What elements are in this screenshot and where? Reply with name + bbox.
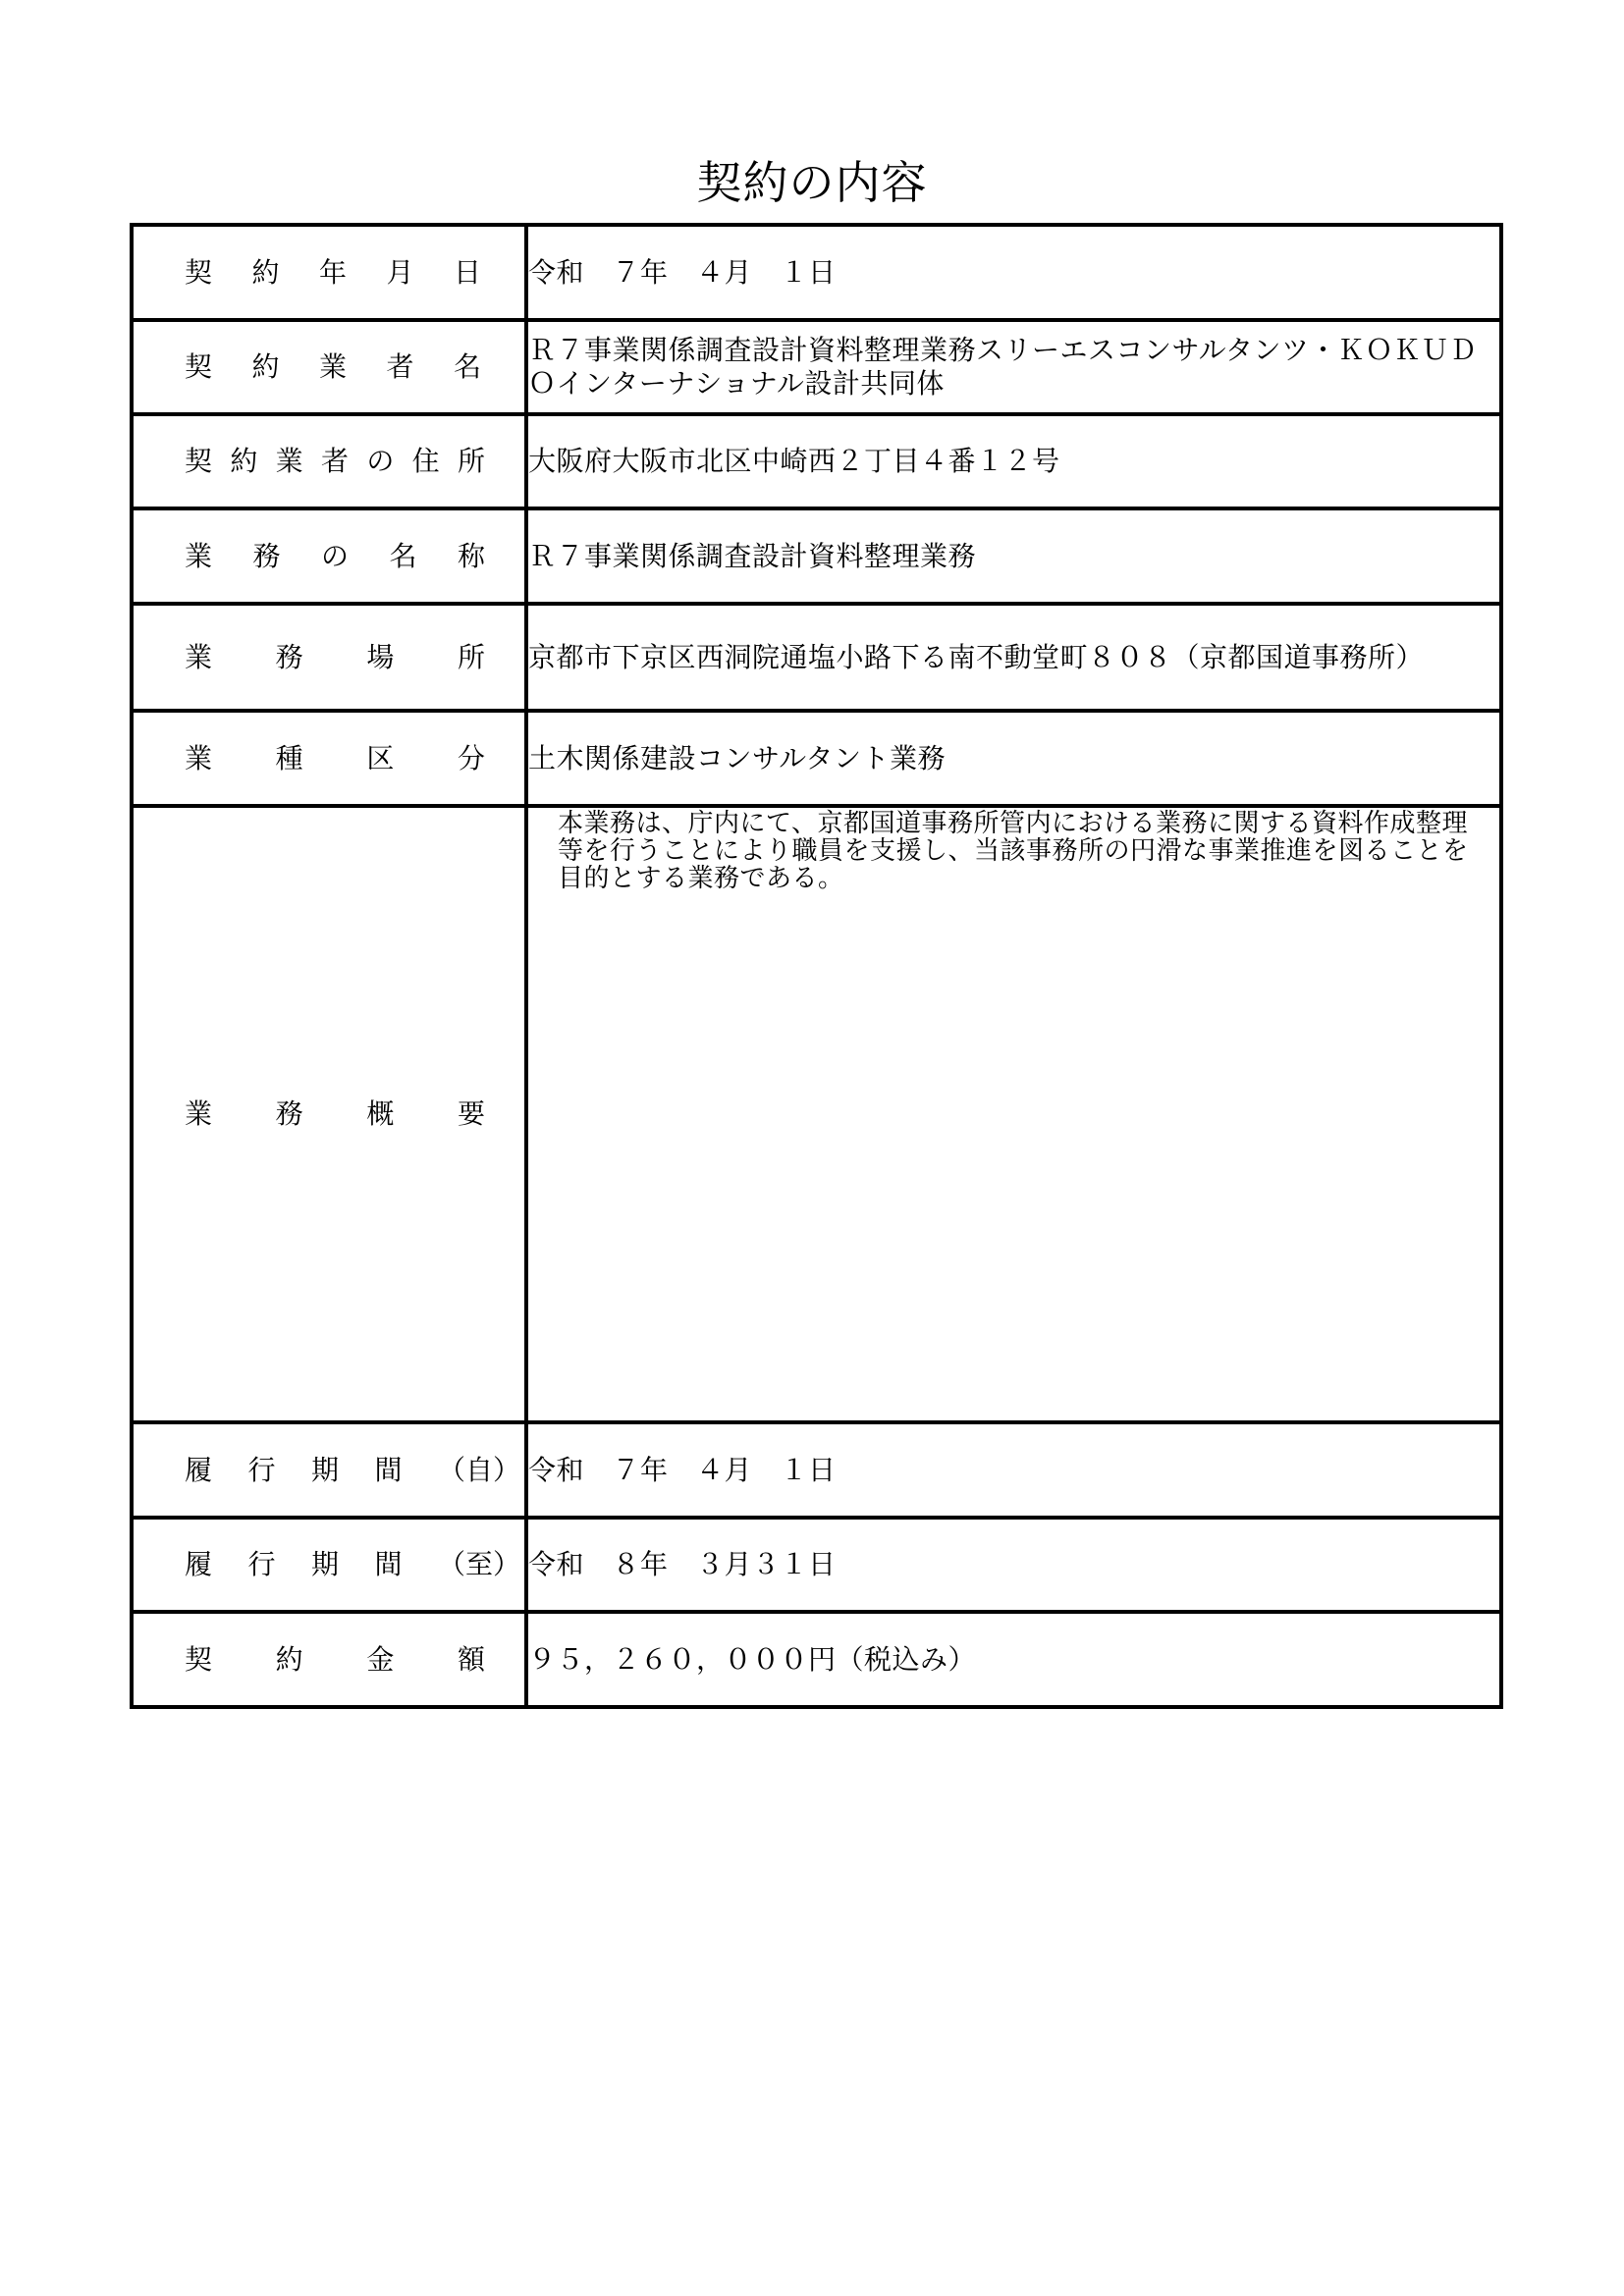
label-cell: 契 約 年 月 日 — [132, 225, 526, 320]
contractor-address-value: 大阪府大阪市北区中崎西２丁目４番１２号 — [526, 414, 1501, 508]
label-char: 年 — [319, 255, 347, 291]
table-row-contract-date: 契 約 年 月 日 令和 ７年 ４月 １日 — [132, 225, 1501, 320]
row-label: 履 行 期 間 （至） — [134, 1547, 524, 1582]
label-char: 業 — [185, 1096, 212, 1132]
label-char: 期 — [311, 1547, 339, 1582]
label-char: 額 — [458, 1642, 485, 1678]
contract-amount-value: ９５，２６０，０００円（税込み） — [526, 1612, 1501, 1707]
label-char: 称 — [458, 539, 485, 574]
label-char: 名 — [454, 349, 481, 385]
label-char: 区 — [366, 741, 394, 776]
label-char: 約 — [251, 255, 279, 291]
label-char: 業 — [319, 349, 347, 385]
label-char: 月 — [386, 255, 413, 291]
label-char: 履 — [185, 1547, 212, 1582]
label-char: 約 — [230, 444, 257, 479]
period-to-value: 令和 ８年 ３月３１日 — [526, 1518, 1501, 1612]
label-cell: 契 約 業 者 の 住 所 — [132, 414, 526, 508]
period-from-value: 令和 ７年 ４月 １日 — [526, 1422, 1501, 1518]
label-char: の — [321, 539, 349, 574]
contract-date-value: 令和 ７年 ４月 １日 — [526, 225, 1501, 320]
label-char: 業 — [185, 741, 212, 776]
work-summary-cell: 本業務は、庁内にて、京都国道事務所管内における業務に関する資料作成整理等を行うこ… — [526, 806, 1501, 1422]
label-char: 要 — [458, 1096, 485, 1132]
label-char: 履 — [185, 1453, 212, 1488]
row-label: 契 約 年 月 日 — [134, 255, 524, 291]
row-label: 業 務 場 所 — [134, 640, 524, 675]
label-cell: 業 務 場 所 — [132, 604, 526, 711]
label-char: 業 — [276, 444, 303, 479]
table-row-contract-amount: 契 約 金 額 ９５，２６０，０００円（税込み） — [132, 1612, 1501, 1707]
label-cell: 履 行 期 間 （至） — [132, 1518, 526, 1612]
row-label: 業 務 概 要 — [134, 1096, 524, 1132]
label-char: 所 — [458, 444, 485, 479]
label-char: 行 — [247, 1453, 275, 1488]
label-char: 行 — [247, 1547, 275, 1582]
label-char: 業 — [185, 539, 212, 574]
work-summary-value: 本業務は、庁内にて、京都国道事務所管内における業務に関する資料作成整理等を行うこ… — [528, 808, 1499, 892]
label-char: 概 — [366, 1096, 394, 1132]
label-char: （至） — [438, 1547, 520, 1582]
label-char: 約 — [251, 349, 279, 385]
label-char: 約 — [276, 1642, 303, 1678]
table-row-work-name: 業 務 の 名 称 Ｒ７事業関係調査設計資料整理業務 — [132, 508, 1501, 604]
label-char: 間 — [374, 1453, 402, 1488]
label-char: 住 — [412, 444, 440, 479]
label-char: の — [366, 444, 394, 479]
row-label: 契 約 金 額 — [134, 1642, 524, 1678]
contract-details-table: 契 約 年 月 日 令和 ７年 ４月 １日 契 約 業 者 名 Ｒ７事業関係調 — [130, 223, 1503, 1709]
label-char: 期 — [311, 1453, 339, 1488]
label-char: 金 — [366, 1642, 394, 1678]
table-row-period-to: 履 行 期 間 （至） 令和 ８年 ３月３１日 — [132, 1518, 1501, 1612]
table-row-work-location: 業 務 場 所 京都市下京区西洞院通塩小路下る南不動堂町８０８（京都国道事務所） — [132, 604, 1501, 711]
work-category-value: 土木関係建設コンサルタント業務 — [526, 711, 1501, 806]
label-char: 契 — [185, 349, 212, 385]
label-char: 日 — [454, 255, 481, 291]
table-row-work-summary: 業 務 概 要 本業務は、庁内にて、京都国道事務所管内における業務に関する資料作… — [132, 806, 1501, 1422]
row-label: 履 行 期 間 （自） — [134, 1453, 524, 1488]
label-char: 務 — [252, 539, 280, 574]
label-cell: 契 約 業 者 名 — [132, 320, 526, 414]
row-label: 契 約 業 者 名 — [134, 349, 524, 385]
label-char: 者 — [321, 444, 349, 479]
table-row-period-from: 履 行 期 間 （自） 令和 ７年 ４月 １日 — [132, 1422, 1501, 1518]
label-char: 契 — [185, 444, 212, 479]
label-char: 分 — [458, 741, 485, 776]
label-char: 名 — [389, 539, 416, 574]
label-char: 場 — [366, 640, 394, 675]
label-char: 務 — [276, 1096, 303, 1132]
page-title: 契約の内容 — [0, 153, 1624, 212]
row-label: 業 種 区 分 — [134, 741, 524, 776]
label-char: （自） — [438, 1453, 520, 1488]
table-row-contractor-name: 契 約 業 者 名 Ｒ７事業関係調査設計資料整理業務スリーエスコンサルタンツ・Ｋ… — [132, 320, 1501, 414]
label-cell: 業 務 概 要 — [132, 806, 526, 1422]
label-char: 契 — [185, 1642, 212, 1678]
label-char: 務 — [276, 640, 303, 675]
row-label: 業 務 の 名 称 — [134, 539, 524, 574]
label-cell: 業 種 区 分 — [132, 711, 526, 806]
label-char: 所 — [458, 640, 485, 675]
label-char: 間 — [374, 1547, 402, 1582]
label-char: 業 — [185, 640, 212, 675]
work-location-value: 京都市下京区西洞院通塩小路下る南不動堂町８０８（京都国道事務所） — [526, 604, 1501, 711]
work-name-value: Ｒ７事業関係調査設計資料整理業務 — [526, 508, 1501, 604]
label-char: 種 — [276, 741, 303, 776]
label-char: 者 — [386, 349, 413, 385]
label-cell: 業 務 の 名 称 — [132, 508, 526, 604]
contractor-name-value: Ｒ７事業関係調査設計資料整理業務スリーエスコンサルタンツ・ＫＯＫＵＤＯインターナ… — [526, 320, 1501, 414]
label-char: 契 — [185, 255, 212, 291]
label-cell: 契 約 金 額 — [132, 1612, 526, 1707]
table-row-work-category: 業 種 区 分 土木関係建設コンサルタント業務 — [132, 711, 1501, 806]
row-label: 契 約 業 者 の 住 所 — [134, 444, 524, 479]
label-cell: 履 行 期 間 （自） — [132, 1422, 526, 1518]
table-row-contractor-address: 契 約 業 者 の 住 所 大阪府大阪市北区中崎西２丁目４番１２号 — [132, 414, 1501, 508]
